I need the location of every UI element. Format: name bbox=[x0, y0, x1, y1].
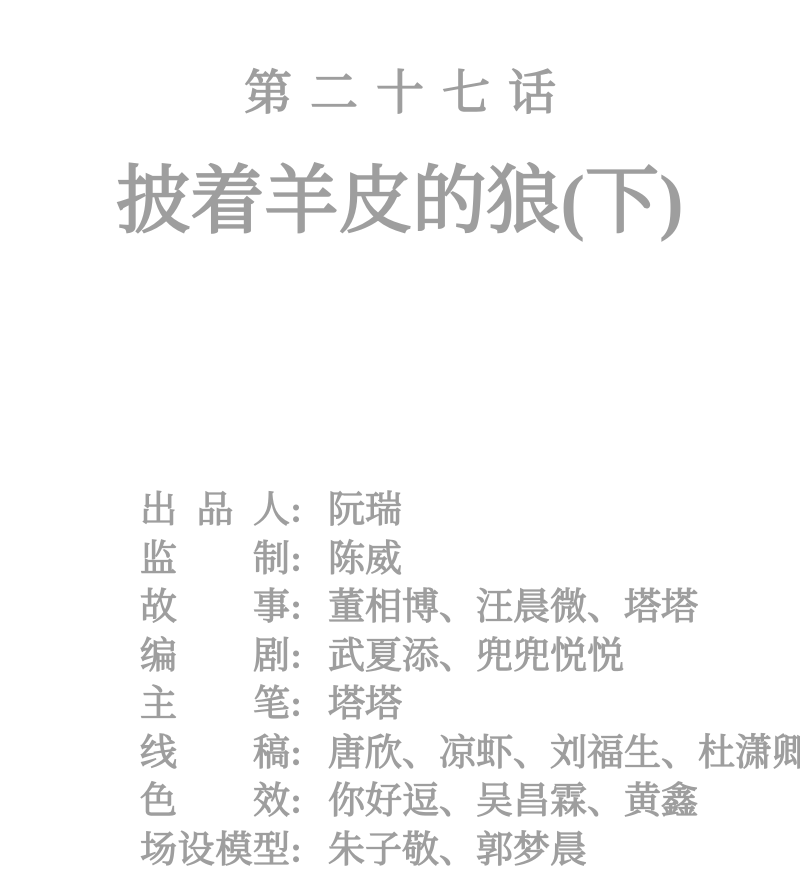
credit-role: 线稿 bbox=[140, 730, 290, 779]
credit-row-scene-models: 场设模型:朱子敬、郭梦晨 bbox=[140, 827, 800, 876]
credit-row-screenplay: 编剧:武夏添、兜兜悦悦 bbox=[140, 633, 800, 682]
credit-role: 主笔 bbox=[140, 681, 290, 730]
credit-role: 色效 bbox=[140, 778, 290, 827]
chapter-title: 披着羊皮的狼(下) bbox=[0, 162, 800, 243]
credit-colon: : bbox=[290, 633, 328, 682]
credit-role: 场设模型 bbox=[140, 827, 290, 876]
chapter-number-heading: 第二十七话 bbox=[0, 70, 800, 118]
credit-colon: : bbox=[290, 681, 328, 730]
credit-colon: : bbox=[290, 778, 328, 827]
credit-row-line-draft: 线稿:唐欣、凉虾、刘福生、杜潇卿 bbox=[140, 730, 800, 779]
credit-role: 监制 bbox=[140, 536, 290, 585]
credit-row-story: 故事:董相博、汪晨微、塔塔 bbox=[140, 584, 800, 633]
credit-role: 故事 bbox=[140, 584, 290, 633]
credit-names: 董相博、汪晨微、塔塔 bbox=[328, 584, 698, 633]
credit-row-supervisor: 监制:陈威 bbox=[140, 536, 800, 585]
credit-colon: : bbox=[290, 487, 328, 536]
credit-colon: : bbox=[290, 827, 328, 876]
credit-colon: : bbox=[290, 536, 328, 585]
credit-names: 唐欣、凉虾、刘福生、杜潇卿 bbox=[328, 730, 800, 779]
credit-row-color-effects: 色效:你好逗、吴昌霖、黄鑫 bbox=[140, 778, 800, 827]
credit-colon: : bbox=[290, 730, 328, 779]
credit-row-producer: 出品人:阮瑞 bbox=[140, 487, 800, 536]
credit-names: 朱子敬、郭梦晨 bbox=[328, 827, 587, 876]
credit-names: 塔塔 bbox=[328, 681, 402, 730]
credit-colon: : bbox=[290, 584, 328, 633]
credit-names: 陈威 bbox=[328, 536, 402, 585]
credit-names: 武夏添、兜兜悦悦 bbox=[328, 633, 624, 682]
credit-role: 出品人 bbox=[140, 487, 290, 536]
credit-names: 阮瑞 bbox=[328, 487, 402, 536]
comic-credits-page: 第二十七话 披着羊皮的狼(下) 出品人:阮瑞 监制:陈威 故事:董相博、汪晨微、… bbox=[0, 0, 800, 876]
credits-list: 出品人:阮瑞 监制:陈威 故事:董相博、汪晨微、塔塔 编剧:武夏添、兜兜悦悦 主… bbox=[140, 487, 800, 875]
credit-role: 编剧 bbox=[140, 633, 290, 682]
credit-row-lead-artist: 主笔:塔塔 bbox=[140, 681, 800, 730]
credit-names: 你好逗、吴昌霖、黄鑫 bbox=[328, 778, 698, 827]
